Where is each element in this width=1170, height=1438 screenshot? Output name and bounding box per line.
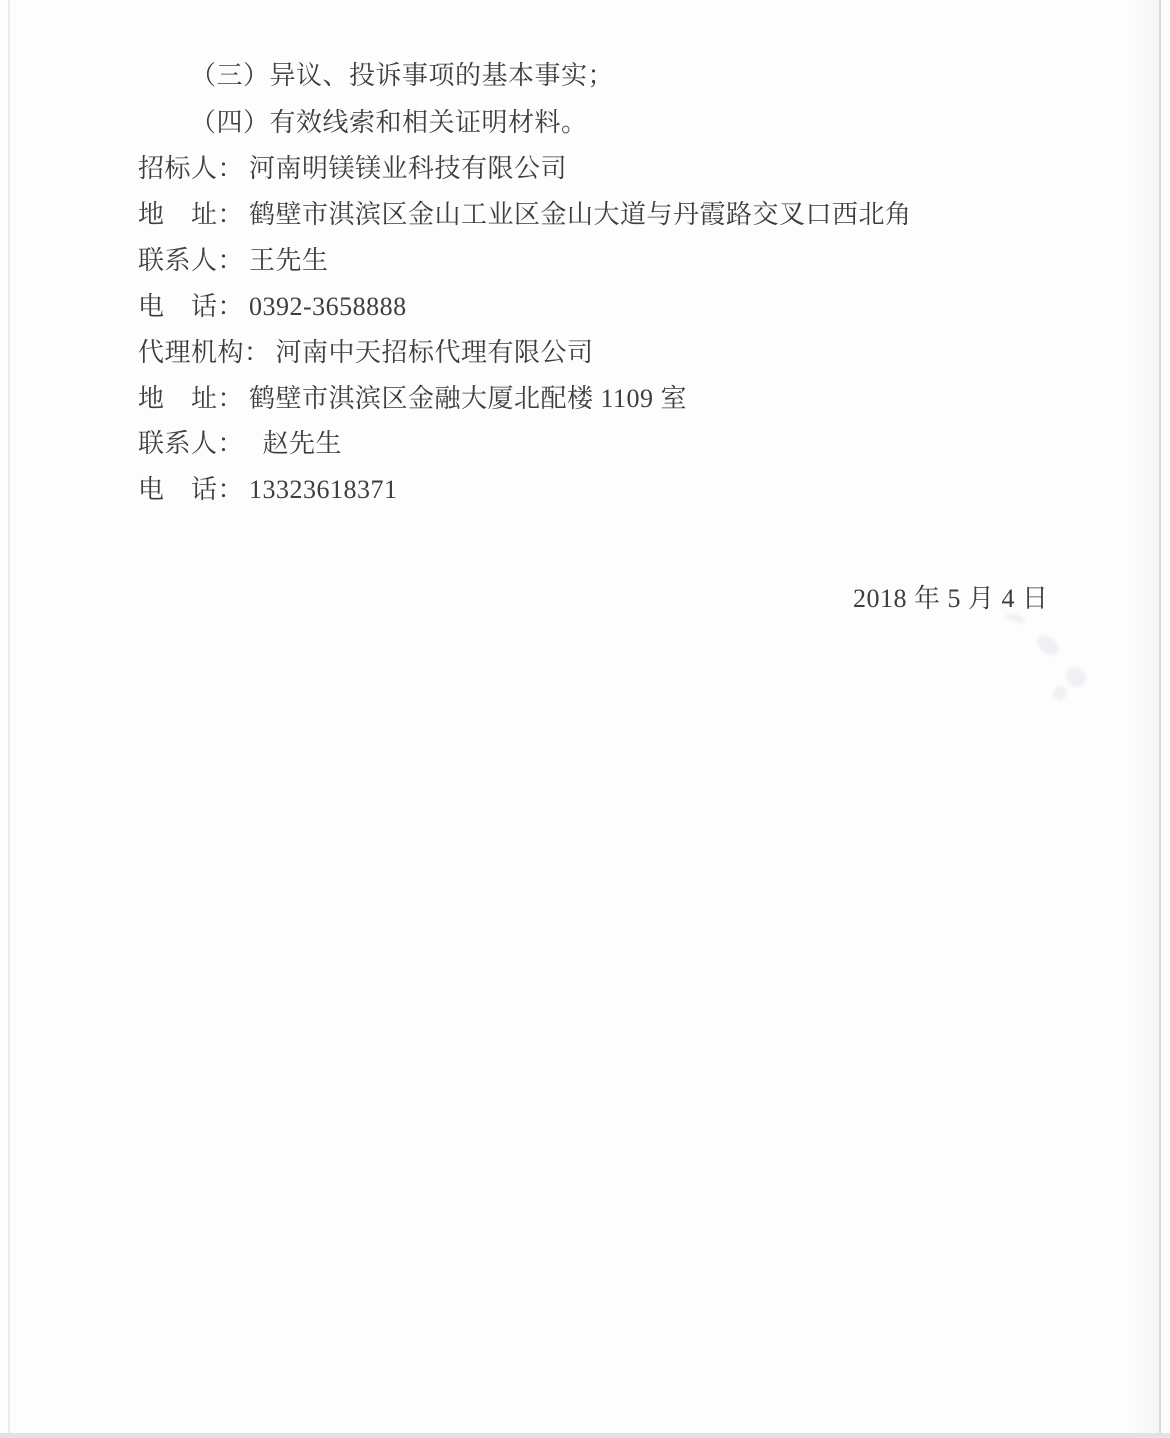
agency-name-value: 河南中天招标代理有限公司 — [276, 338, 594, 367]
page-left-edge — [8, 0, 10, 1438]
tenderer-address-label: 地 址： — [138, 200, 244, 229]
tenderer-contact-label: 联系人： — [138, 246, 244, 275]
scan-smudge-artifact — [1063, 664, 1090, 691]
clause-item-3: （三）异议、投诉事项的基本事实； — [190, 60, 614, 92]
agency-role-label: 代理机构： — [138, 338, 271, 367]
tenderer-name-value: 河南明镁镁业科技有限公司 — [249, 154, 567, 183]
agency-address-label: 地 址： — [138, 384, 244, 413]
tenderer-phone-value: 0392-3658888 — [249, 292, 407, 321]
clause-item-4: （四）有效线索和相关证明材料。 — [190, 107, 588, 139]
agency-phone-label: 电 话： — [138, 475, 244, 504]
document-page: （三）异议、投诉事项的基本事实； （四）有效线索和相关证明材料。 招标人：河南明… — [0, 0, 1170, 1438]
agency-name-row: 代理机构：河南中天招标代理有限公司 — [138, 337, 594, 369]
agency-address-row: 地 址：鹤壁市淇滨区金融大厦北配楼 1109 室 — [138, 383, 687, 415]
page-right-edge-shadow — [1130, 0, 1159, 1438]
scan-smudge-artifact — [1051, 684, 1069, 702]
agency-contact-value: 赵先生 — [236, 429, 342, 458]
tenderer-contact-value: 王先生 — [249, 246, 329, 275]
document-date: 2018 年 5 月 4 日 — [853, 583, 1049, 615]
tenderer-phone-label: 电 话： — [138, 292, 244, 321]
tenderer-name-row: 招标人：河南明镁镁业科技有限公司 — [138, 153, 567, 185]
tenderer-contact-row: 联系人：王先生 — [138, 245, 329, 277]
agency-phone-value: 13323618371 — [249, 475, 398, 504]
page-right-edge — [1159, 0, 1161, 1438]
tenderer-name-label: 招标人： — [138, 154, 244, 183]
tenderer-phone-row: 电 话：0392-3658888 — [138, 291, 407, 323]
tenderer-address-row: 地 址：鹤壁市淇滨区金山工业区金山大道与丹霞路交叉口西北角 — [138, 199, 912, 231]
agency-phone-row: 电 话：13323618371 — [138, 474, 398, 506]
agency-contact-label: 联系人： — [138, 429, 231, 458]
scan-smudge-artifact — [1034, 632, 1062, 659]
page-bottom-edge — [0, 1433, 1170, 1438]
agency-contact-row: 联系人： 赵先生 — [138, 428, 342, 460]
agency-address-value: 鹤壁市淇滨区金融大厦北配楼 1109 室 — [249, 384, 687, 413]
tenderer-address-value: 鹤壁市淇滨区金山工业区金山大道与丹霞路交叉口西北角 — [249, 200, 912, 229]
